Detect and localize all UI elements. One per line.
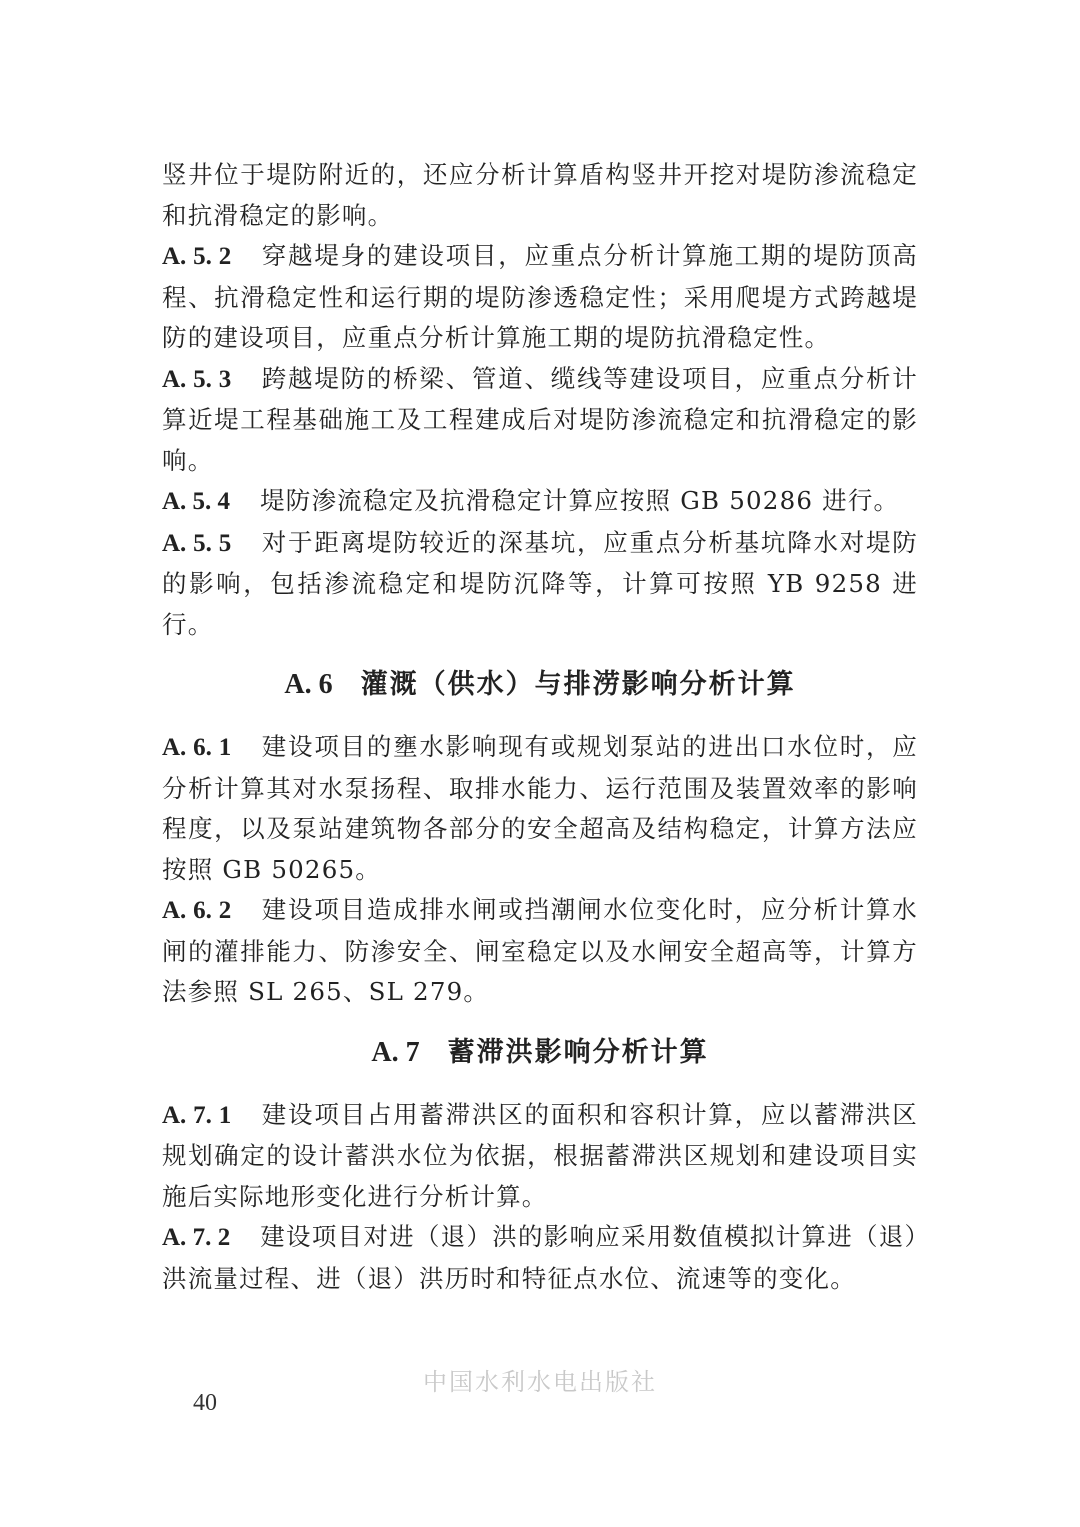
document-page: 竖井位于堤防附近的，还应分析计算盾构竖井开挖对堤防渗流稳定和抗滑稳定的影响。 A… (162, 155, 918, 1299)
clause-a-5-3: A. 5. 3跨越堤防的桥梁、管道、缆线等建设项目，应重点分析计算近堤工程基础施… (162, 359, 918, 482)
clause-text: 对于距离堤防较近的深基坑，应重点分析基坑降水对堤防的影响，包括渗流稳定和堤防沉降… (162, 528, 918, 639)
clause-number: A. 5. 2 (162, 243, 231, 270)
clause-number: A. 7. 1 (162, 1102, 231, 1129)
clause-text: 跨越堤防的桥梁、管道、缆线等建设项目，应重点分析计算近堤工程基础施工及工程建成后… (162, 364, 918, 475)
publisher-watermark: 中国水利水电出版社 (0, 1362, 1080, 1397)
section-number: A. 7 (371, 1037, 419, 1068)
clause-a-6-1: A. 6. 1建设项目的壅水影响现有或规划泵站的进出口水位时，应分析计算其对水泵… (162, 727, 918, 890)
clause-a-5-4: A. 5. 4堤防渗流稳定及抗滑稳定计算应按照 GB 50286 进行。 (162, 481, 918, 523)
paragraph-text: 竖井位于堤防附近的，还应分析计算盾构竖井开挖对堤防渗流稳定和抗滑稳定的影响。 (162, 160, 918, 230)
clause-number: A. 6. 2 (162, 897, 231, 924)
clause-text: 建设项目造成排水闸或挡潮闸水位变化时，应分析计算水闸的灌排能力、防渗安全、闸室稳… (162, 895, 918, 1006)
clause-text: 堤防渗流稳定及抗滑稳定计算应按照 GB 50286 进行。 (260, 486, 899, 515)
section-title: 灌溉（供水）与排涝影响分析计算 (361, 669, 796, 700)
clause-text: 穿越堤身的建设项目，应重点分析计算施工期的堤防顶高程、抗滑稳定性和运行期的堤防渗… (162, 241, 918, 352)
clause-text: 建设项目占用蓄滞洪区的面积和容积计算，应以蓄滞洪区规划确定的设计蓄洪水位为依据，… (162, 1100, 918, 1211)
page-number: 40 (193, 1390, 217, 1417)
clause-a-7-2: A. 7. 2建设项目对进（退）洪的影响应采用数值模拟计算进（退）洪流量过程、进… (162, 1217, 918, 1299)
clause-text: 建设项目对进（退）洪的影响应采用数值模拟计算进（退）洪流量过程、进（退）洪历时和… (162, 1222, 918, 1293)
section-heading-a7: A. 7蓄滞洪影响分析计算 (162, 1031, 918, 1075)
clause-a-5-5: A. 5. 5对于距离堤防较近的深基坑，应重点分析基坑降水对堤防的影响，包括渗流… (162, 523, 918, 646)
paragraph-continuation: 竖井位于堤防附近的，还应分析计算盾构竖井开挖对堤防渗流稳定和抗滑稳定的影响。 (162, 155, 918, 236)
clause-number: A. 7. 2 (162, 1224, 230, 1251)
clause-number: A. 6. 1 (162, 734, 231, 761)
clause-text: 建设项目的壅水影响现有或规划泵站的进出口水位时，应分析计算其对水泵扬程、取排水能… (162, 732, 918, 884)
clause-number: A. 5. 5 (162, 530, 231, 557)
section-title: 蓄滞洪影响分析计算 (448, 1037, 709, 1068)
clause-number: A. 5. 3 (162, 366, 231, 393)
section-heading-a6: A. 6灌溉（供水）与排涝影响分析计算 (162, 663, 918, 707)
clause-number: A. 5. 4 (162, 488, 230, 515)
clause-a-7-1: A. 7. 1建设项目占用蓄滞洪区的面积和容积计算，应以蓄滞洪区规划确定的设计蓄… (162, 1095, 918, 1218)
clause-a-5-2: A. 5. 2穿越堤身的建设项目，应重点分析计算施工期的堤防顶高程、抗滑稳定性和… (162, 236, 918, 359)
section-number: A. 6 (284, 669, 332, 700)
clause-a-6-2: A. 6. 2建设项目造成排水闸或挡潮闸水位变化时，应分析计算水闸的灌排能力、防… (162, 890, 918, 1013)
